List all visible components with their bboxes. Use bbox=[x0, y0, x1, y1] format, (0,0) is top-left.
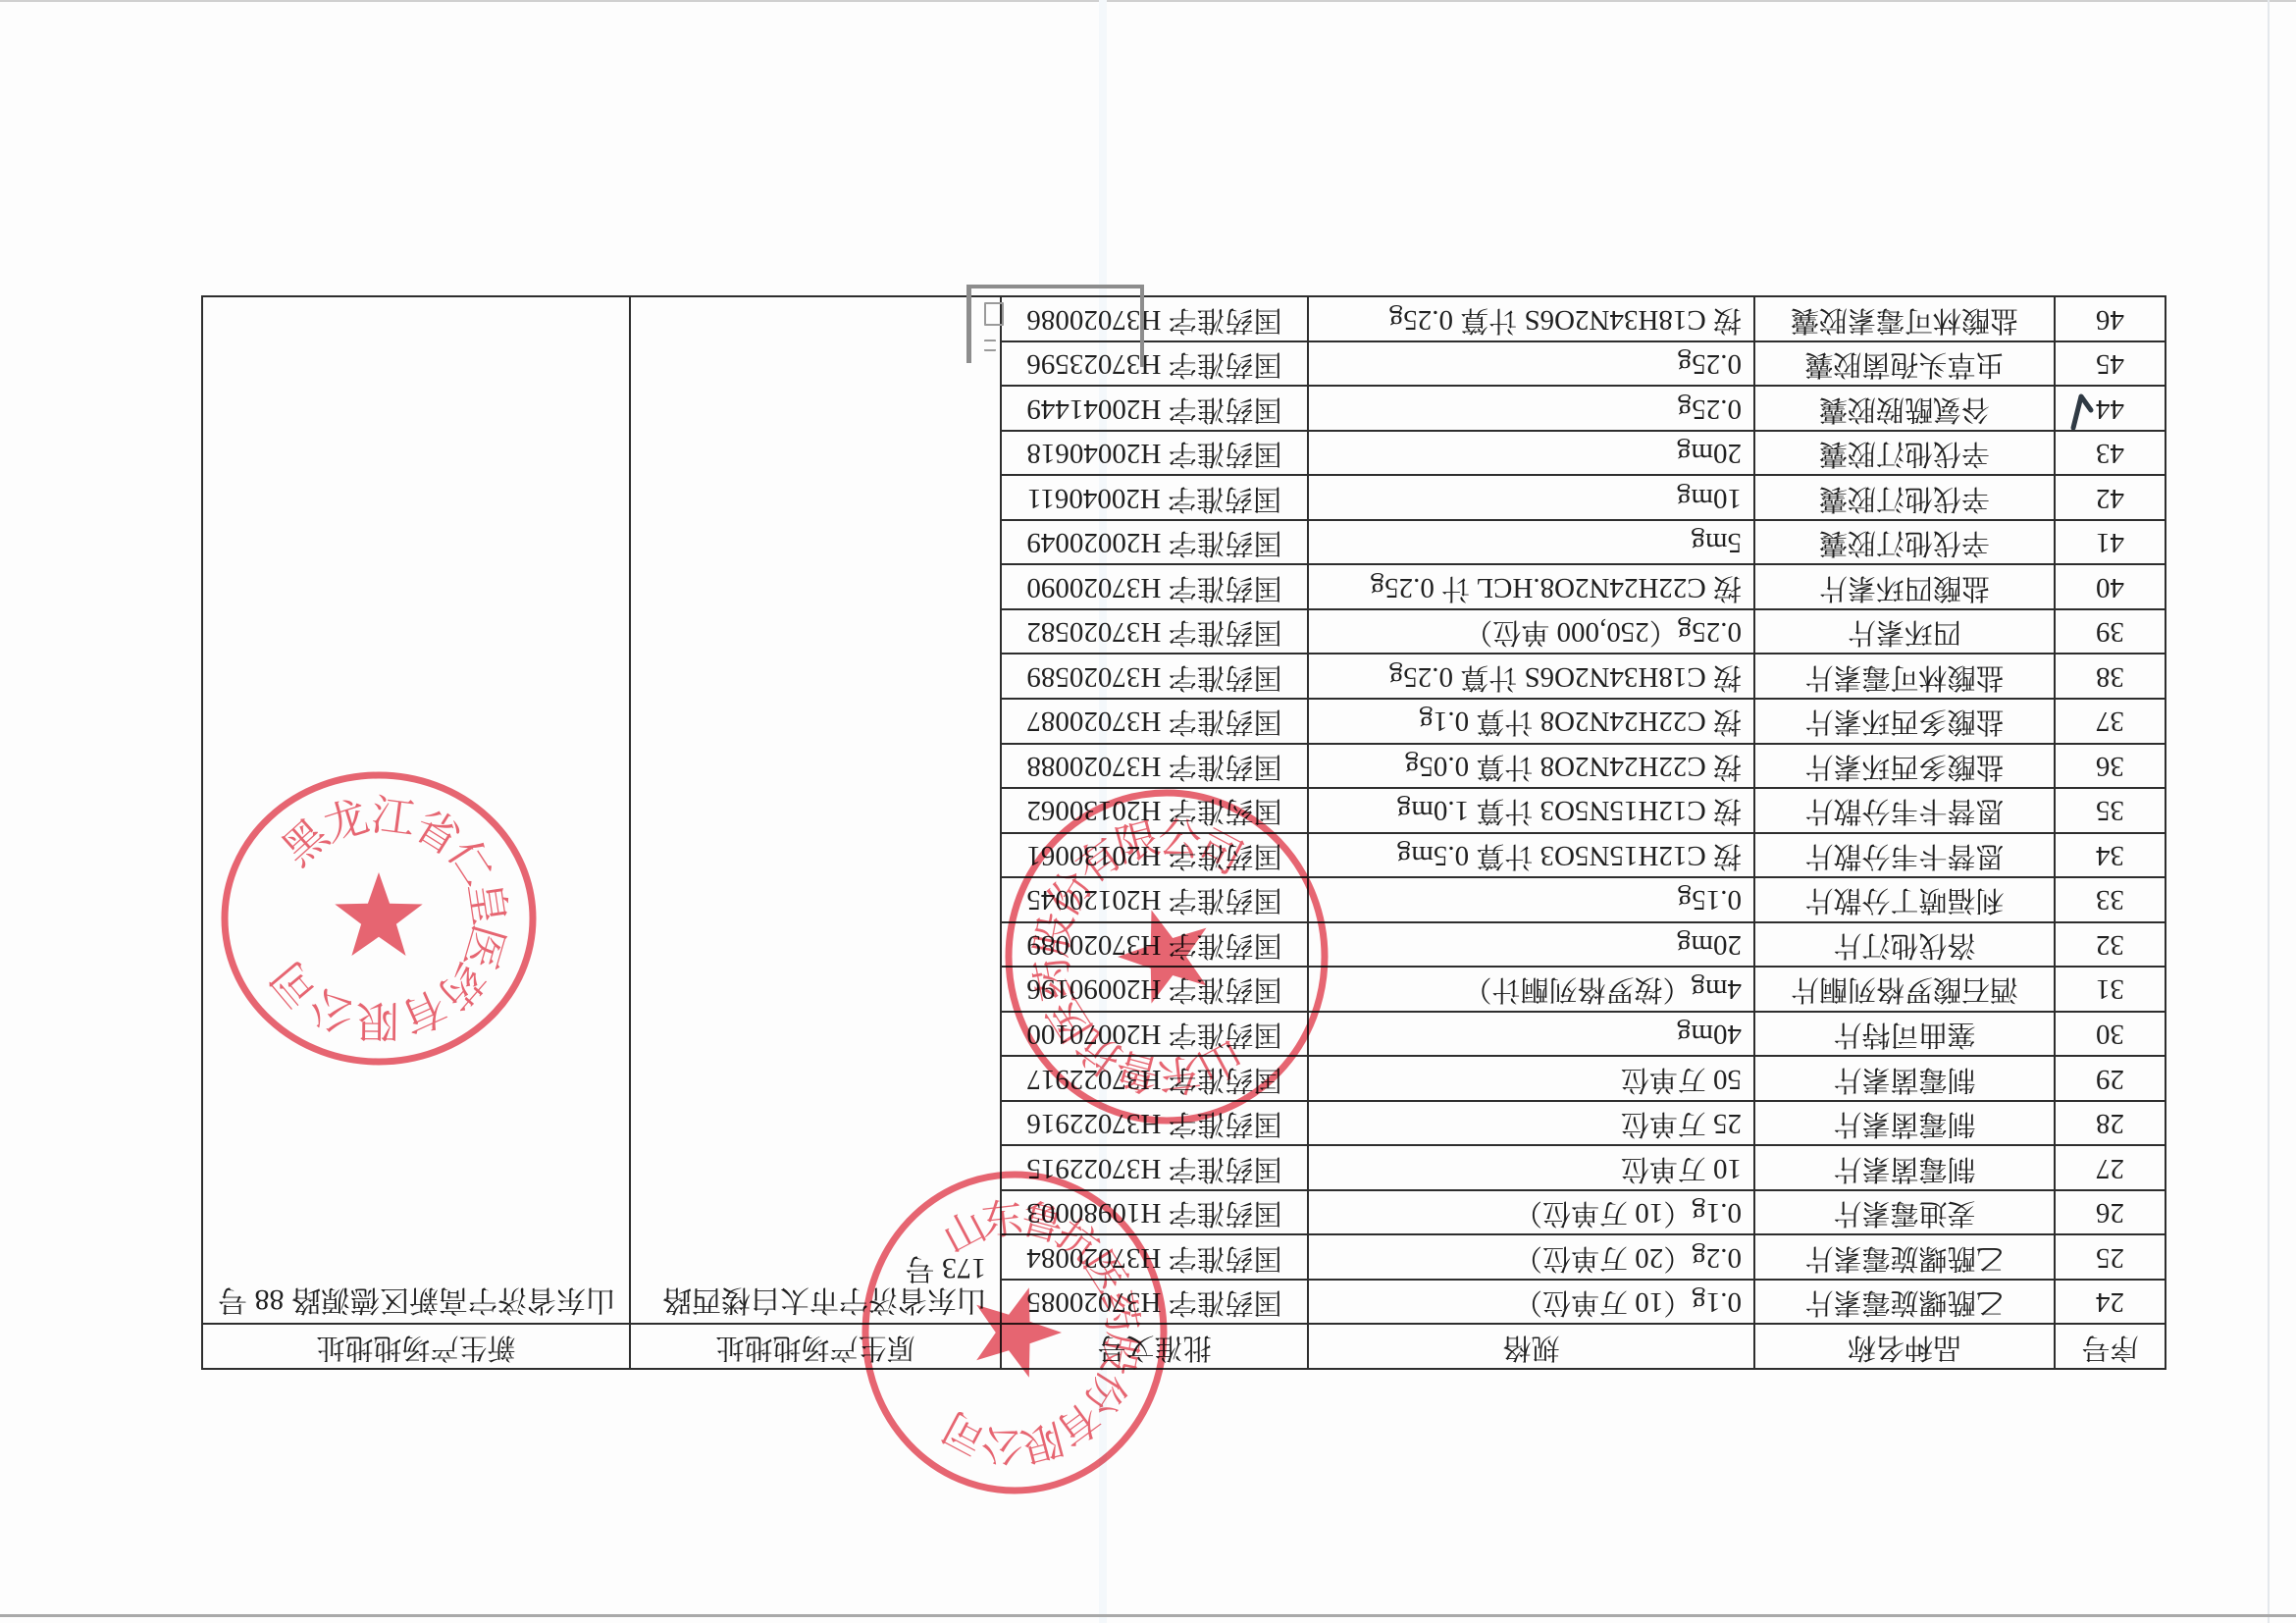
row-number: 42 bbox=[2055, 475, 2166, 520]
column-header-approval: 批准文号 bbox=[1001, 1324, 1308, 1369]
variety-name: 洛伐他汀片 bbox=[1754, 922, 2055, 968]
variety-name: 制霉菌素片 bbox=[1754, 1101, 2055, 1146]
column-header-number: 序号 bbox=[2055, 1324, 2166, 1369]
row-number: 44 bbox=[2055, 386, 2166, 431]
approval-number: 国药准字 H37020589 bbox=[1001, 654, 1308, 700]
approval-number: 国药准字 H20020049 bbox=[1001, 520, 1308, 565]
row-number: 36 bbox=[2055, 744, 2166, 789]
specification: 0.25g bbox=[1308, 341, 1754, 387]
drug-variety-table: 序号 品种名称 规格 批准文号 原生产场地地址 新生产场地地址 24乙酰螺旋霉素… bbox=[201, 295, 2166, 1370]
approval-number: 国药准字 H37020087 bbox=[1001, 699, 1308, 744]
table-body: 24乙酰螺旋霉素片0.1g（10 万单位）国药准字 H37020085山东省济宁… bbox=[202, 296, 2166, 1324]
row-number: 26 bbox=[2055, 1190, 2166, 1235]
variety-name: 麦迪霉素片 bbox=[1754, 1190, 2055, 1235]
row-number: 45 bbox=[2055, 341, 2166, 387]
approval-number: 国药准字 H20040618 bbox=[1001, 431, 1308, 476]
row-number: 41 bbox=[2055, 520, 2166, 565]
specification: 按 C12H15N5O3 计算 1.0mg bbox=[1308, 788, 1754, 833]
scanned-document-rotated: 序号 品种名称 规格 批准文号 原生产场地地址 新生产场地地址 24乙酰螺旋霉素… bbox=[203, 297, 2166, 1370]
scan-edge-top bbox=[0, 0, 2296, 2]
approval-number: 国药准字 H20130062 bbox=[1001, 788, 1308, 833]
row-number: 29 bbox=[2055, 1056, 2166, 1101]
specification: 50 万单位 bbox=[1308, 1056, 1754, 1101]
address-line: 173 号 bbox=[641, 1252, 986, 1283]
original-site-address: 山东省济宁市太白楼西路173 号 bbox=[630, 296, 1001, 1324]
specification: 按 C18H34N2O6S 计算 0.25g bbox=[1308, 296, 1754, 341]
row-number: 25 bbox=[2055, 1234, 2166, 1280]
new-site-address: 山东省济宁高新区德源路 88 号 bbox=[202, 296, 630, 1324]
row-number: 31 bbox=[2055, 967, 2166, 1012]
column-header-new-site: 新生产场地地址 bbox=[202, 1324, 630, 1369]
variety-name: 四环素片 bbox=[1754, 609, 2055, 654]
row-number: 43 bbox=[2055, 431, 2166, 476]
row-number: 37 bbox=[2055, 699, 2166, 744]
specification: 0.1g（10 万单位） bbox=[1308, 1280, 1754, 1325]
seal-character: 公 bbox=[979, 1419, 1025, 1471]
approval-number: 国药准字 H37020089 bbox=[1001, 922, 1308, 968]
row-number: 33 bbox=[2055, 877, 2166, 922]
variety-name: 利福喷丁分散片 bbox=[1754, 877, 2055, 922]
variety-name: 塞曲司特片 bbox=[1754, 1012, 2055, 1057]
row-number: 39 bbox=[2055, 609, 2166, 654]
specification: 0.15g bbox=[1308, 877, 1754, 922]
specification: 10 万单位 bbox=[1308, 1145, 1754, 1190]
specification: 0.25g bbox=[1308, 386, 1754, 431]
table-header-row: 序号 品种名称 规格 批准文号 原生产场地地址 新生产场地地址 bbox=[202, 1324, 2166, 1369]
column-header-name: 品种名称 bbox=[1754, 1324, 2055, 1369]
specification: 40mg bbox=[1308, 1012, 1754, 1057]
specification: 按 C18H34N2O6S 计算 0.25g bbox=[1308, 654, 1754, 700]
approval-number: 国药准字 H20120045 bbox=[1001, 877, 1308, 922]
approval-number: 国药准字 H37022916 bbox=[1001, 1101, 1308, 1146]
specification: 0.1g（10 万单位） bbox=[1308, 1190, 1754, 1235]
row-number: 46 bbox=[2055, 296, 2166, 341]
column-header-original-site: 原生产场地地址 bbox=[630, 1324, 1001, 1369]
approval-number: 国药准字 H37022917 bbox=[1001, 1056, 1308, 1101]
seal-character: 司 bbox=[935, 1402, 994, 1464]
variety-name: 谷氨酰胺胶囊 bbox=[1754, 386, 2055, 431]
specification: 4mg（按罗格列酮计） bbox=[1308, 967, 1754, 1012]
variety-name: 辛伐他汀胶囊 bbox=[1754, 520, 2055, 565]
specification: 25 万单位 bbox=[1308, 1101, 1754, 1146]
specification: 0.25g（250,000 单位） bbox=[1308, 609, 1754, 654]
approval-number: 国药准字 H37023596 bbox=[1001, 341, 1308, 387]
specification: 20mg bbox=[1308, 922, 1754, 968]
approval-number: 国药准字 H10980003 bbox=[1001, 1190, 1308, 1235]
variety-name: 乙酰螺旋霉素片 bbox=[1754, 1234, 2055, 1280]
approval-number: 国药准字 H20130061 bbox=[1001, 833, 1308, 878]
specification: 20mg bbox=[1308, 431, 1754, 476]
variety-name: 酒石酸罗格列酮片 bbox=[1754, 967, 2055, 1012]
row-number: 40 bbox=[2055, 564, 2166, 609]
approval-number: 国药准字 H37020085 bbox=[1001, 1280, 1308, 1325]
approval-number: 国药准字 H37020088 bbox=[1001, 744, 1308, 789]
variety-name: 制霉菌素片 bbox=[1754, 1145, 2055, 1190]
column-header-spec: 规格 bbox=[1308, 1324, 1754, 1369]
variety-name: 恩替卡韦分散片 bbox=[1754, 833, 2055, 878]
approval-number: 国药准字 H20041449 bbox=[1001, 386, 1308, 431]
variety-name: 盐酸四环素片 bbox=[1754, 564, 2055, 609]
approval-number: 国药准字 H20070100 bbox=[1001, 1012, 1308, 1057]
row-number: 30 bbox=[2055, 1012, 2166, 1057]
row-number: 35 bbox=[2055, 788, 2166, 833]
address-line: 山东省济宁市太白楼西路 bbox=[641, 1283, 986, 1315]
approval-number: 国药准字 H20040611 bbox=[1001, 475, 1308, 520]
approval-number: 国药准字 H37020084 bbox=[1001, 1234, 1308, 1280]
specification: 按 C12H15N5O3 计算 0.5mg bbox=[1308, 833, 1754, 878]
row-number: 24 bbox=[2055, 1280, 2166, 1325]
specification: 0.2g（20 万单位） bbox=[1308, 1234, 1754, 1280]
variety-name: 盐酸多西环素片 bbox=[1754, 744, 2055, 789]
variety-name: 制霉菌素片 bbox=[1754, 1056, 2055, 1101]
specification: 按 C22H24N2O8.HCL 计 0.25g bbox=[1308, 564, 1754, 609]
scan-edge-bottom bbox=[0, 1614, 2296, 1617]
row-number: 28 bbox=[2055, 1101, 2166, 1146]
variety-name: 乙酰螺旋霉素片 bbox=[1754, 1280, 2055, 1325]
approval-number: 国药准字 H37020090 bbox=[1001, 564, 1308, 609]
approval-number: 国药准字 H37020086 bbox=[1001, 296, 1308, 341]
approval-number: 国药准字 H37022915 bbox=[1001, 1145, 1308, 1190]
approval-number: 国药准字 H20090196 bbox=[1001, 967, 1308, 1012]
specification: 按 C22H24N2O8 计算 0.05g bbox=[1308, 744, 1754, 789]
specification: 按 C22H24N2O8 计算 0.1g bbox=[1308, 699, 1754, 744]
variety-name: 盐酸林可霉素胶囊 bbox=[1754, 296, 2055, 341]
row-number: 27 bbox=[2055, 1145, 2166, 1190]
row-number: 34 bbox=[2055, 833, 2166, 878]
variety-name: 辛伐他汀胶囊 bbox=[1754, 475, 2055, 520]
address-line: 山东省济宁高新区德源路 88 号 bbox=[213, 1283, 615, 1315]
seal-character: 限 bbox=[1017, 1414, 1069, 1471]
specification: 5mg bbox=[1308, 520, 1754, 565]
variety-name: 盐酸林可霉素片 bbox=[1754, 654, 2055, 700]
approval-number: 国药准字 H37020582 bbox=[1001, 609, 1308, 654]
variety-name: 辛伐他汀胶囊 bbox=[1754, 431, 2055, 476]
scan-edge-right bbox=[2268, 0, 2270, 1623]
row-number: 38 bbox=[2055, 654, 2166, 700]
variety-name: 盐酸多西环素片 bbox=[1754, 699, 2055, 744]
row-number: 32 bbox=[2055, 922, 2166, 968]
table-row: 24乙酰螺旋霉素片0.1g（10 万单位）国药准字 H37020085山东省济宁… bbox=[202, 1280, 2166, 1325]
specification: 10mg bbox=[1308, 475, 1754, 520]
variety-name: 虫草头孢菌胶囊 bbox=[1754, 341, 2055, 387]
variety-name: 恩替卡韦分散片 bbox=[1754, 788, 2055, 833]
